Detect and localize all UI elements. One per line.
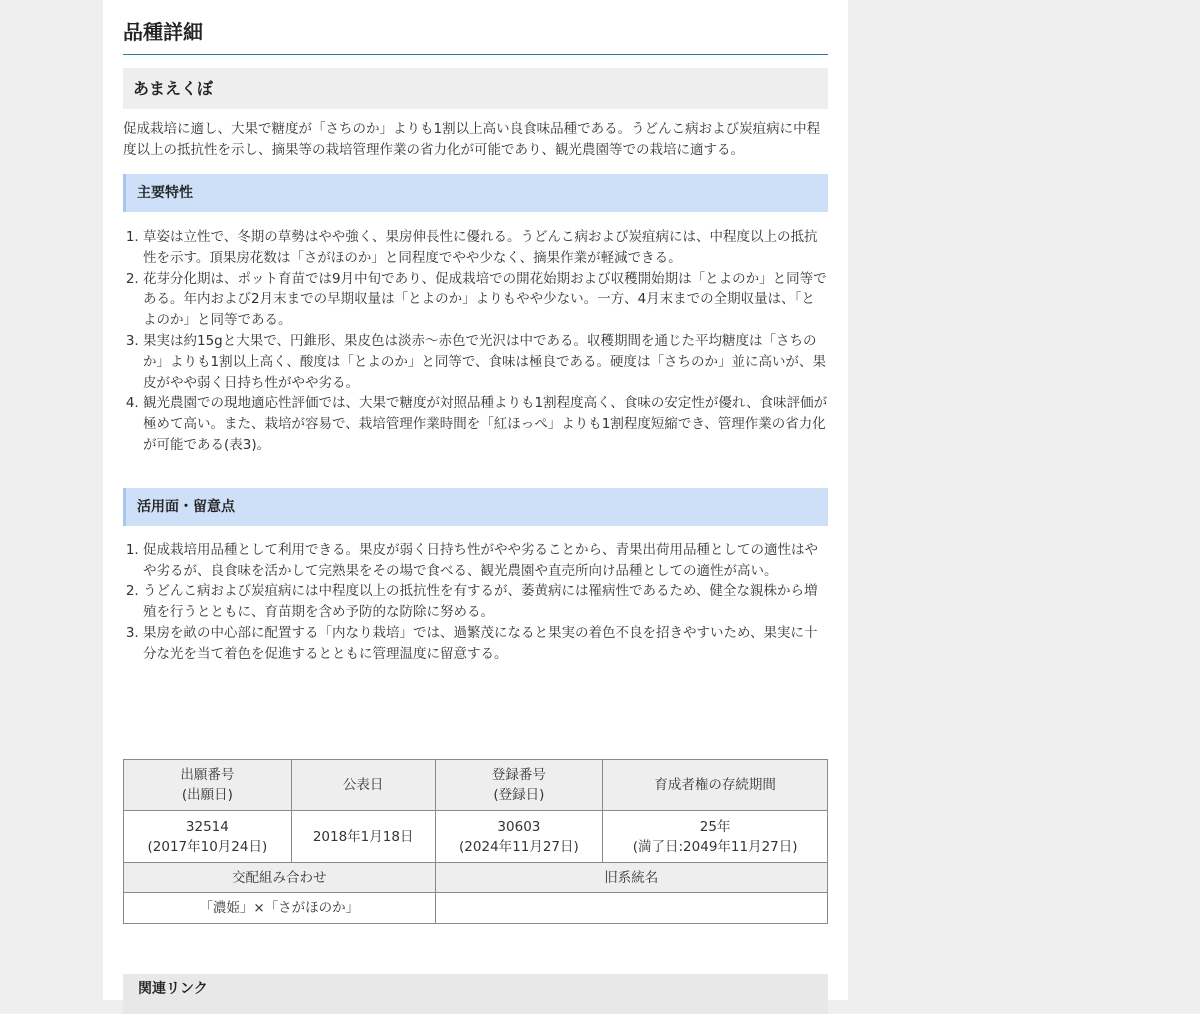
table-row: 32514 (2017年10月24日) 2018年1月18日 30603 (20… (124, 811, 828, 863)
header-rights-period: 育成者権の存続期間 (603, 760, 828, 811)
list-item: 草姿は立性で、冬期の草勢はやや強く、果房伸長性に優れる。うどんこ病および炭疽病に… (143, 227, 828, 269)
header-application-no: 出願番号 (出願日) (124, 760, 292, 811)
header-cross: 交配組み合わせ (124, 863, 436, 893)
variety-name: あまえくぼ (123, 68, 828, 109)
header-former-line-name: 旧系統名 (435, 863, 827, 893)
list-item: 花芽分化期は、ポット育苗では9月中旬であり、促成栽培での開花始期および収穫開始期… (143, 269, 828, 331)
header-publication-date: 公表日 (291, 760, 435, 811)
cell-application-no: 32514 (2017年10月24日) (124, 811, 292, 863)
list-item: 果房を畝の中心部に配置する「内なり栽培」では、過繁茂になると果実の着色不良を招き… (143, 623, 828, 665)
table-row: 「濃姫」×「さがほのか」 (124, 893, 828, 924)
section-heading-main-characteristics: 主要特性 (123, 174, 828, 212)
list-item: 促成栽培用品種として利用できる。果皮が弱く日持ち性がやや劣ることから、青果出荷用… (143, 540, 828, 582)
list-item: 果実は約15gと大果で、円錐形、果皮色は淡赤～赤色で光沢は中である。収穫期間を通… (143, 331, 828, 393)
main-characteristics-list: 草姿は立性で、冬期の草勢はやや強く、果房伸長性に優れる。うどんこ病および炭疽病に… (123, 227, 828, 456)
list-item: 観光農園での現地適応性評価では、大果で糖度が対照品種よりも1割程度高く、食味の安… (143, 393, 828, 455)
list-item: うどんこ病および炭疽病には中程度以上の抵抗性を有するが、萎黄病には罹病性であるた… (143, 581, 828, 623)
table-header-row: 出願番号 (出願日) 公表日 登録番号 (登録日) 育成者権の存続期間 (124, 760, 828, 811)
section-heading-usage-notes: 活用面・留意点 (123, 488, 828, 526)
header-registration-no: 登録番号 (登録日) (435, 760, 603, 811)
table-header-row: 交配組み合わせ 旧系統名 (124, 863, 828, 893)
content-area: 品種詳細 あまえくぼ 促成栽培に適し、大果で糖度が「さちのか」よりも1割以上高い… (123, 0, 828, 665)
usage-notes-list: 促成栽培用品種として利用できる。果皮が弱く日持ち性がやや劣ることから、青果出荷用… (123, 540, 828, 665)
registration-table: 出願番号 (出願日) 公表日 登録番号 (登録日) 育成者権の存続期間 3251… (123, 759, 828, 924)
cell-registration-no: 30603 (2024年11月27日) (435, 811, 603, 863)
section-heading-related-links: 関連リンク (123, 974, 828, 1000)
cell-rights-period: 25年 (満了日:2049年11月27日) (603, 811, 828, 863)
page-title: 品種詳細 (123, 0, 828, 55)
page-container: 品種詳細 あまえくぼ 促成栽培に適し、大果で糖度が「さちのか」よりも1割以上高い… (103, 0, 848, 1000)
cell-publication-date: 2018年1月18日 (291, 811, 435, 863)
cell-former-line-name (435, 893, 827, 924)
variety-summary: 促成栽培に適し、大果で糖度が「さちのか」よりも1割以上高い良食味品種である。うど… (123, 119, 828, 161)
cell-cross: 「濃姫」×「さがほのか」 (124, 893, 436, 924)
